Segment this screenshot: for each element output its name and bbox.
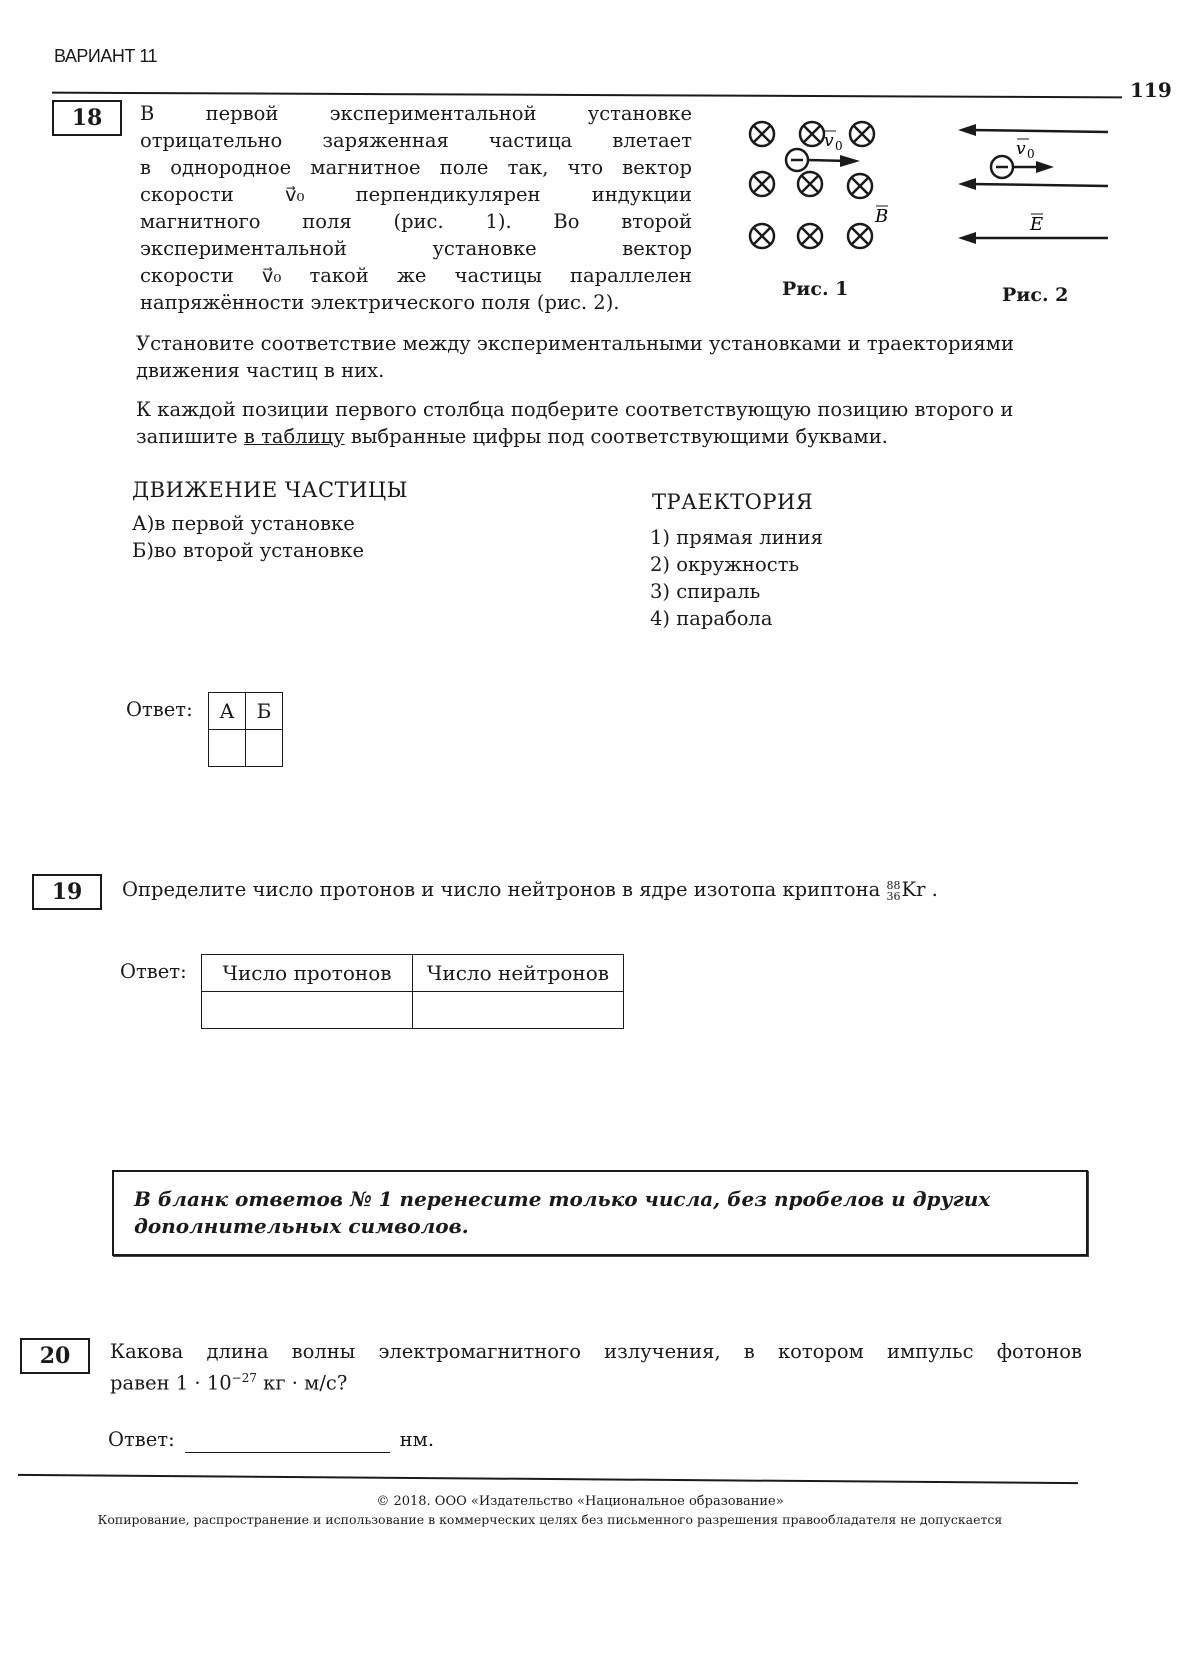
neutrons-column: Число нейтронов [413,955,624,992]
isotope-numbers: 8836 [887,880,901,902]
figure-1-magnetic-field: v 0 B [740,112,910,262]
task-18-answer-table: А Б [208,692,283,767]
footer-divider [18,1474,1078,1484]
intro-line: экспериментальной установке вектор [140,235,692,262]
item-text: парабола [676,607,772,630]
intro-line: в однородное магнитное поле так, что век… [140,154,692,181]
answer-label: Ответ: [108,1428,175,1451]
task-20-answer: Ответ:нм. [108,1426,434,1453]
svg-text:E: E [1029,214,1043,235]
item-text: спираль [676,580,760,603]
item-key: 2) [650,553,670,576]
item-text: окружность [676,553,799,576]
task-19-answer-label: Ответ: [120,958,187,985]
magnetic-field-diagram-icon: v 0 B [740,112,910,262]
right-column-list: 1) прямая линия 2) окружность 3) спираль… [650,524,823,632]
item-key: Б) [132,539,154,562]
task-18-instruction-2: К каждой позиции первого столбца подбери… [136,396,1108,450]
intro-line: магнитного поля (рис. 1). Во второй [140,208,692,235]
task-19-number: 19 [32,874,102,910]
item-key: 3) [650,580,670,603]
intro-line: скорости v⃗₀ перпендикулярен индукции [140,181,692,208]
instruction-2-underlined: в таблицу [244,425,345,448]
svg-text:v: v [824,131,834,151]
right-list-item: 1) прямая линия [650,524,823,551]
left-list-item: А)в первой установке [132,510,364,537]
figure-2-electric-field: v 0 E [950,118,1115,258]
left-list-item: Б)во второй установке [132,537,364,564]
answer-unit: нм. [400,1428,434,1451]
intro-line: отрицательно заряженная частица влетает [140,127,692,154]
element-symbol: Kr [902,878,926,901]
answer-header-row: Число протонов Число нейтронов [202,955,624,992]
variant-label: ВАРИАНТ 11 [54,46,157,67]
task-20-question: Какова длина волны электромагнитного изл… [110,1338,1082,1397]
atomic-number: 36 [887,890,901,903]
figure-1-caption: Рис. 1 [782,278,848,300]
answer-input-line[interactable] [185,1432,390,1453]
answer-input-row [209,730,283,767]
momentum-unit: кг · м/с? [257,1372,347,1395]
task-18-answer-label: Ответ: [126,696,193,723]
electric-field-diagram-icon: v 0 E [950,118,1115,258]
instruction-2-end: выбранные цифры под соответствующими бук… [345,425,888,448]
momentum-exponent: −27 [232,1371,257,1385]
left-column-heading: ДВИЖЕНИЕ ЧАСТИЦЫ [132,478,408,502]
intro-line: напряжённости электрического поля (рис. … [140,289,692,316]
answer-header-row: А Б [209,693,283,730]
answer-column-a: А [209,693,246,730]
task-19-question: Определите число протонов и число нейтро… [122,876,1082,903]
task-18-intro: В первой экспериментальной установке отр… [140,100,692,316]
svg-text:0: 0 [835,139,843,153]
figure-2-caption: Рис. 2 [1002,284,1068,306]
task-20-number: 20 [20,1338,90,1374]
answer-cell-b[interactable] [246,730,283,767]
task-19-answer-table: Число протонов Число нейтронов [201,954,624,1029]
svg-text:v: v [1016,139,1026,159]
item-key: 4) [650,607,670,630]
answer-cell-a[interactable] [209,730,246,767]
item-text: прямая линия [676,526,823,549]
momentum-value: равен 1 · 10 [110,1372,232,1395]
answer-column-b: Б [246,693,283,730]
item-key: 1) [650,526,670,549]
svg-text:B: B [874,206,888,227]
right-column-heading: ТРАЕКТОРИЯ [652,490,813,514]
question-line-2: равен 1 · 10−27 кг · м/с? [110,1365,1082,1397]
page-number: 119 [1130,78,1172,102]
intro-line: В первой экспериментальной установке [140,100,692,127]
footer-copyright: © 2018. ООО «Издательство «Национальное … [200,1494,960,1509]
item-key: А) [132,512,154,535]
question-line-1: Какова длина волны электромагнитного изл… [110,1338,1082,1365]
answer-form-notice: В бланк ответов № 1 перенесите только чи… [112,1170,1088,1256]
item-text: во второй установке [154,539,364,562]
svg-text:0: 0 [1027,147,1035,161]
right-list-item: 2) окружность [650,551,823,578]
task-18-number: 18 [52,100,122,136]
answer-input-row [202,992,624,1029]
header-divider [52,92,1122,99]
item-text: в первой установке [154,512,354,535]
right-list-item: 4) парабола [650,605,823,632]
task-18-instruction-1: Установите соответствие между эксперимен… [136,330,1108,384]
protons-answer-cell[interactable] [202,992,413,1029]
right-list-item: 3) спираль [650,578,823,605]
neutrons-answer-cell[interactable] [413,992,624,1029]
question-text: Определите число протонов и число нейтро… [122,878,880,901]
left-column-list: А)в первой установке Б)во второй установ… [132,510,364,564]
protons-column: Число протонов [202,955,413,992]
intro-line: скорости v⃗₀ такой же частицы параллелен [140,262,692,289]
footer-notice: Копирование, распространение и использов… [40,1512,1060,1527]
sentence-end: . [932,878,938,901]
